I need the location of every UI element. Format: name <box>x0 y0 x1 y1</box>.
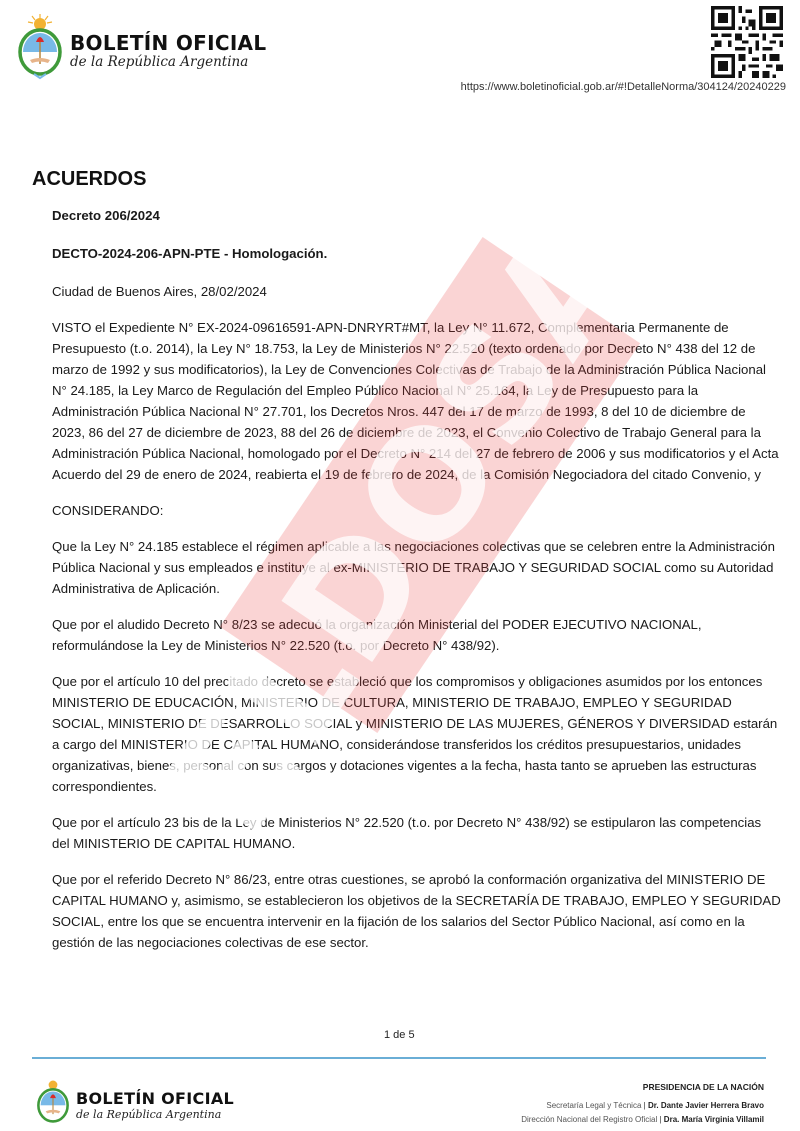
qr-code-icon <box>711 6 783 78</box>
credit-org: Secretaría Legal y Técnica <box>546 1101 641 1110</box>
credit-org: Dirección Nacional del Registro Oficial <box>521 1115 657 1124</box>
document-url[interactable]: https://www.boletinoficial.gob.ar/#!Deta… <box>461 81 786 93</box>
header-logo: BOLETÍN OFICIAL de la República Argentin… <box>14 12 266 80</box>
footer-credits: PRESIDENCIA DE LA NACIÓN Secretaría Lega… <box>521 1080 764 1127</box>
considerando-label: CONSIDERANDO: <box>52 500 782 521</box>
argentina-coat-of-arms-icon <box>14 12 66 80</box>
document-content: Decreto 206/2024 DECTO-2024-206-APN-PTE … <box>52 205 782 968</box>
considerando-paragraph: Que por el aludido Decreto N° 8/23 se ad… <box>52 614 782 656</box>
argentina-coat-of-arms-icon <box>34 1076 72 1126</box>
section-title: ACUERDOS <box>32 168 146 191</box>
brand-subtitle: de la República Argentina <box>70 54 266 70</box>
visto-paragraph: VISTO el Expediente N° EX-2024-09616591-… <box>52 317 782 485</box>
credit-name: Dr. Dante Javier Herrera Bravo <box>648 1101 764 1110</box>
considerando-paragraph: Que por el referido Decreto N° 86/23, en… <box>52 869 782 953</box>
footer-divider <box>32 1057 766 1059</box>
considerando-paragraph: Que por el artículo 10 del precitado dec… <box>52 671 782 797</box>
brand-title: BOLETÍN OFICIAL <box>70 32 266 54</box>
place-date: Ciudad de Buenos Aires, 28/02/2024 <box>52 281 782 302</box>
credit-line-1: Secretaría Legal y Técnica | Dr. Dante J… <box>521 1099 764 1113</box>
presidencia-label: PRESIDENCIA DE LA NACIÓN <box>521 1080 764 1094</box>
footer-brand-subtitle: de la República Argentina <box>76 1108 234 1121</box>
credit-line-2: Dirección Nacional del Registro Oficial … <box>521 1113 764 1127</box>
decreto-code: DECTO-2024-206-APN-PTE - Homologación. <box>52 243 782 264</box>
decreto-number: Decreto 206/2024 <box>52 205 782 226</box>
footer-logo: BOLETÍN OFICIAL de la República Argentin… <box>34 1076 234 1126</box>
footer-brand-title: BOLETÍN OFICIAL <box>76 1090 234 1108</box>
page-number: 1 de 5 <box>384 1029 415 1041</box>
credit-name: Dra. María Virginia Villamil <box>664 1115 764 1124</box>
considerando-paragraph: Que por el artículo 23 bis de la Ley de … <box>52 812 782 854</box>
considerando-paragraph: Que la Ley N° 24.185 establece el régime… <box>52 536 782 599</box>
